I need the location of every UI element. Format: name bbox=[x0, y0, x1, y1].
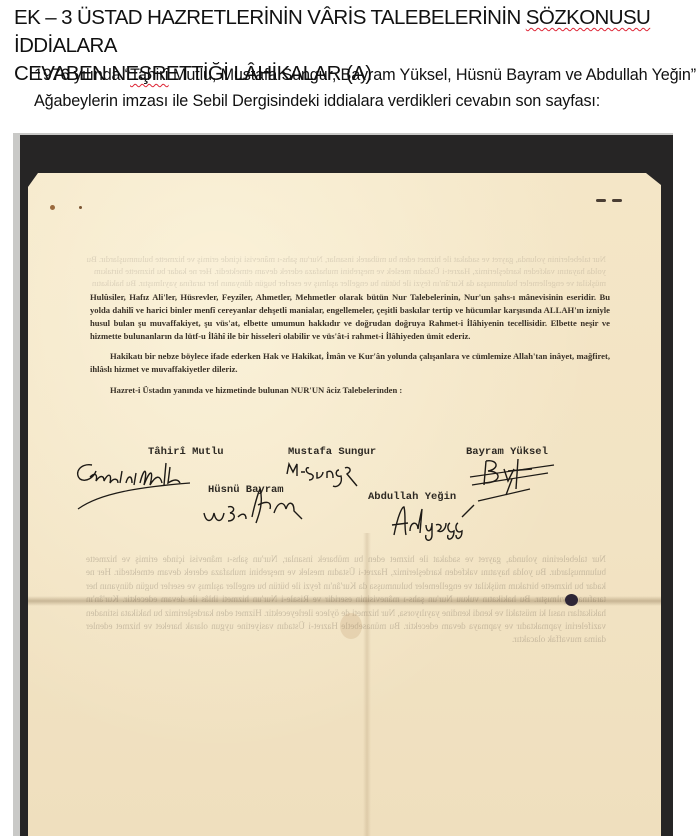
signatory-name-2: Mustafa Sungur bbox=[288, 446, 376, 458]
document-paragraph-3: Hazret-i Üstadın yanında ve hizmetinde b… bbox=[90, 384, 610, 397]
heading-line1-suffix: İDDİALARA bbox=[14, 34, 117, 57]
scanned-document-page: Nur talebelerinin yolunda, gayret ve sad… bbox=[28, 173, 661, 836]
intro-part1: 1976 yılında “ bbox=[34, 66, 130, 84]
stain-spot bbox=[50, 205, 55, 210]
intro-misspelled-word: Tahirî bbox=[130, 66, 169, 84]
signature-abdullah-yegin bbox=[388, 495, 488, 543]
stain-spot bbox=[340, 613, 362, 639]
intro-paragraph: 1976 yılında “Tahirî Mutlu, Mustafa Sung… bbox=[34, 62, 700, 114]
bleed-through-text-top: Nur talebelerinin yolunda, gayret ve sad… bbox=[86, 253, 606, 289]
heading-misspelled-word: SÖZKONUSU bbox=[526, 6, 650, 29]
document-body-text: Hulûsiler, Hafız Ali'ler, Hüsrevler, Fey… bbox=[90, 291, 610, 404]
document-paragraph-1: Hulûsiler, Hafız Ali'ler, Hüsrevler, Fey… bbox=[90, 291, 610, 343]
signature-husnu-bayram bbox=[198, 483, 328, 531]
stain-spot bbox=[79, 206, 82, 209]
punch-marks bbox=[612, 199, 622, 202]
ink-dot bbox=[565, 594, 578, 606]
vertical-fold-crease bbox=[363, 533, 371, 836]
heading-line1-prefix: EK – 3 ÜSTAD HAZRETLERİNİN VÂRİS TALEBEL… bbox=[14, 6, 526, 29]
punch-marks bbox=[596, 199, 606, 202]
document-paragraph-2: Hakikatı bir nebze böylece ifade ederken… bbox=[90, 350, 610, 376]
